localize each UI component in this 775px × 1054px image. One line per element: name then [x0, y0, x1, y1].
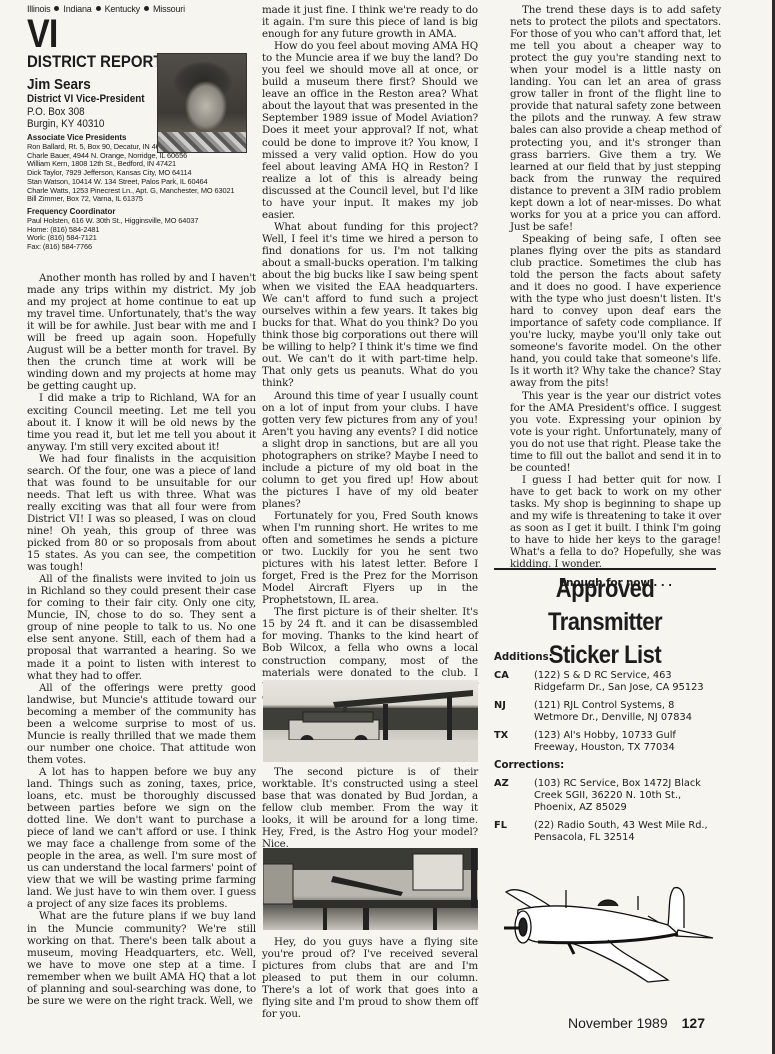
district-number: VI: [27, 16, 223, 52]
paragraph: A lot has to happen before we buy any la…: [27, 766, 256, 911]
paragraph: I did make a trip to Richland, WA for an…: [27, 392, 256, 452]
state-code: TX: [494, 730, 534, 754]
bullet-icon: [96, 6, 101, 11]
shelter-photo-icon: [263, 680, 478, 762]
paragraph: All of the finalists were invited to joi…: [27, 573, 256, 681]
entry-text: (122) S & D RC Service, 463 Ridgefarm Dr…: [534, 670, 720, 694]
paragraph: Fortunately for you, Fred South knows wh…: [262, 510, 478, 606]
associate-line: Bill Zimmer, Box 72, Varna, IL 61375: [27, 195, 257, 204]
page-footer: November 1989127: [568, 1015, 705, 1031]
freq-line: Fax: (816) 584-7766: [27, 243, 257, 252]
paragraph: What are the future plans if we buy land…: [27, 910, 256, 1006]
paragraph: This year is the year our district votes…: [510, 390, 721, 474]
state-code: NJ: [494, 700, 534, 724]
list-item: NJ (121) RJL Control Systems, 8 Wetmore …: [494, 700, 720, 724]
bullet-icon: [54, 6, 59, 11]
article-column-1: Another month has rolled by and I haven'…: [27, 272, 256, 1007]
article-column-2-mid: The second picture is of their worktable…: [262, 766, 478, 850]
article-column-3: The trend these days is to add safety ne…: [510, 4, 721, 589]
list-item: TX (123) Al's Hobby, 10733 Gulf Freeway,…: [494, 730, 720, 754]
entry-text: (22) Radio South, 43 West Mile Rd., Pens…: [534, 820, 720, 844]
list-item: AZ (103) RC Service, Box 1472J Black Cre…: [494, 778, 720, 814]
entry-text: (123) Al's Hobby, 10733 Gulf Freeway, Ho…: [534, 730, 720, 754]
paragraph: Hey, do you guys have a flying site you'…: [262, 936, 478, 1020]
additions-heading: Additions:: [494, 652, 720, 664]
title-line-1: Approved Transmitter: [507, 573, 702, 639]
sticker-list: Additions: CA (122) S & D RC Service, 46…: [494, 652, 720, 850]
paragraph: made it just fine. I think we're ready t…: [262, 4, 478, 40]
list-item: FL (22) Radio South, 43 West Mile Rd., P…: [494, 820, 720, 844]
entry-text: (103) RC Service, Box 1472J Black Creek …: [534, 778, 720, 814]
paragraph: Around this time of year I usually count…: [262, 390, 478, 510]
paragraph: The trend these days is to add safety ne…: [510, 4, 721, 233]
paragraph: We had four finalists in the acquisition…: [27, 453, 256, 573]
corsair-airplane-icon: [498, 870, 723, 985]
state-kentucky: Kentucky: [105, 4, 140, 14]
state-code: FL: [494, 820, 534, 844]
page-number: 127: [682, 1015, 705, 1031]
paragraph: Speaking of being safe, I often see plan…: [510, 233, 721, 390]
paragraph: I guess I had better quit for now. I hav…: [510, 474, 721, 570]
state-code: CA: [494, 670, 534, 694]
corrections-heading: Corrections:: [494, 760, 720, 772]
list-item: CA (122) S & D RC Service, 463 Ridgefarm…: [494, 670, 720, 694]
section-divider: [494, 568, 716, 570]
state-missouri: Missouri: [153, 4, 185, 14]
paragraph: What about funding for this project? Wel…: [262, 221, 478, 390]
paragraph: All of the offerings were pretty good la…: [27, 682, 256, 766]
portrait-photo-icon: [157, 53, 247, 153]
bullet-icon: [144, 6, 149, 11]
paragraph: The second picture is of their worktable…: [262, 766, 478, 850]
state-code: AZ: [494, 778, 534, 814]
paragraph: How do you feel about moving AMA HQ to t…: [262, 40, 478, 221]
entry-text: (121) RJL Control Systems, 8 Wetmore Dr.…: [534, 700, 720, 724]
paragraph: Another month has rolled by and I haven'…: [27, 272, 256, 392]
article-column-2: made it just fine. I think we're ready t…: [262, 4, 478, 703]
state-indiana: Indiana: [63, 4, 91, 14]
article-column-2-bottom: Hey, do you guys have a flying site you'…: [262, 936, 478, 1020]
states-line: IllinoisIndianaKentuckyMissouri: [27, 4, 257, 14]
worktable-photo-icon: [263, 848, 478, 930]
issue-date: November 1989: [568, 1015, 668, 1031]
